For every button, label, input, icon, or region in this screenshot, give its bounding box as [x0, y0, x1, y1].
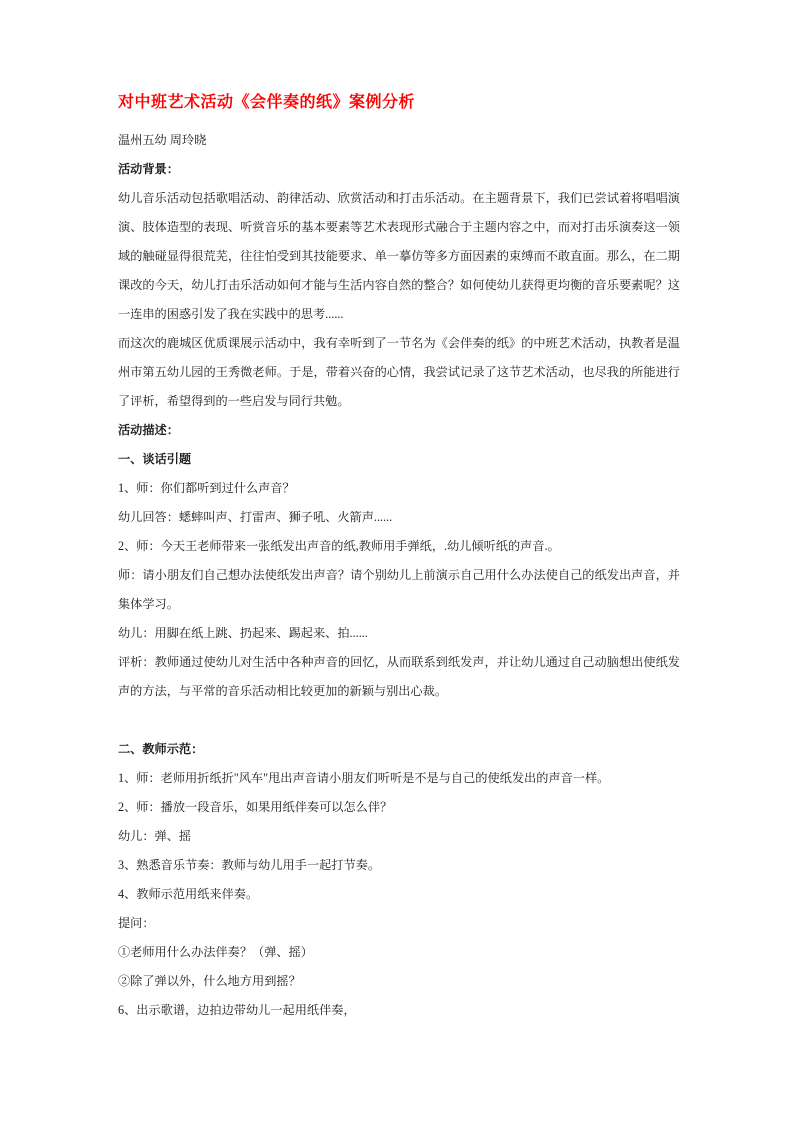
paragraph-demo-step-2: 2、师：播放一段音乐，如果用纸伴奏可以怎么伴？: [118, 793, 680, 822]
section-heading-activity-description: 活动描述：: [118, 416, 680, 445]
paragraph-question-circled-1: ①老师用什么办法伴奏？（弹、摇）: [118, 938, 680, 967]
document-page: 对中班艺术活动《会伴奏的纸》案例分析 温州五幼 周玲晓 活动背景： 幼儿音乐活动…: [0, 0, 794, 1123]
paragraph-children-answer-1: 幼儿回答：蟋蟀叫声、打雷声、狮子吼、火箭声......: [118, 503, 680, 532]
paragraph-background-intro: 幼儿音乐活动包括歌唱活动、韵律活动、欣赏活动和打击乐活动。在主题背景下，我们已尝…: [118, 184, 680, 329]
paragraph-commentary-1: 评析：教师通过使幼儿对生活中各种声音的回忆，从而联系到纸发声，并让幼儿通过自己动…: [118, 648, 680, 706]
paragraph-teacher-instruction: 师：请小朋友们自己想办法使纸发出声音？请个别幼儿上前演示自己用什么办法使自己的纸…: [118, 561, 680, 619]
paragraph-children-answer-3: 幼儿：弹、摇: [118, 822, 680, 851]
document-content: 对中班艺术活动《会伴奏的纸》案例分析 温州五幼 周玲晓 活动背景： 幼儿音乐活动…: [118, 88, 680, 1025]
section-heading-activity-background: 活动背景：: [118, 155, 680, 184]
paragraph-children-answer-2: 幼儿：用脚在纸上跳、扔起来、踢起来、拍......: [118, 619, 680, 648]
blank-line: [118, 706, 680, 735]
document-title: 对中班艺术活动《会伴奏的纸》案例分析: [118, 88, 680, 118]
paragraph-question-circled-2: ②除了弹以外，什么地方用到摇？: [118, 967, 680, 996]
paragraph-background-lesson: 而这次的鹿城区优质课展示活动中，我有幸听到了一节名为《会伴奏的纸》的中班艺术活动…: [118, 329, 680, 416]
section-heading-part-one: 一、谈话引题: [118, 445, 680, 474]
section-heading-part-two: 二、教师示范：: [118, 735, 680, 764]
paragraph-demo-step-1: 1、师：老师用折纸折"风车"甩出声音请小朋友们听听是不是与自己的使纸发出的声音一…: [118, 764, 680, 793]
paragraph-demo-step-3: 3、熟悉音乐节奏：教师与幼儿用手一起打节奏。: [118, 851, 680, 880]
paragraph-question-label: 提问：: [118, 909, 680, 938]
paragraph-teacher-question-2: 2、师：今天王老师带来一张纸发出声音的纸,教师用手弹纸，.幼儿倾听纸的声音.。: [118, 532, 680, 561]
paragraph-demo-step-6: 6、出示歌谱，边拍边带幼儿一起用纸伴奏，: [118, 996, 680, 1025]
paragraph-demo-step-4: 4、教师示范用纸来伴奏。: [118, 880, 680, 909]
paragraph-teacher-question-1: 1、师：你们都听到过什么声音？: [118, 474, 680, 503]
author-line: 温州五幼 周玲晓: [118, 126, 680, 155]
